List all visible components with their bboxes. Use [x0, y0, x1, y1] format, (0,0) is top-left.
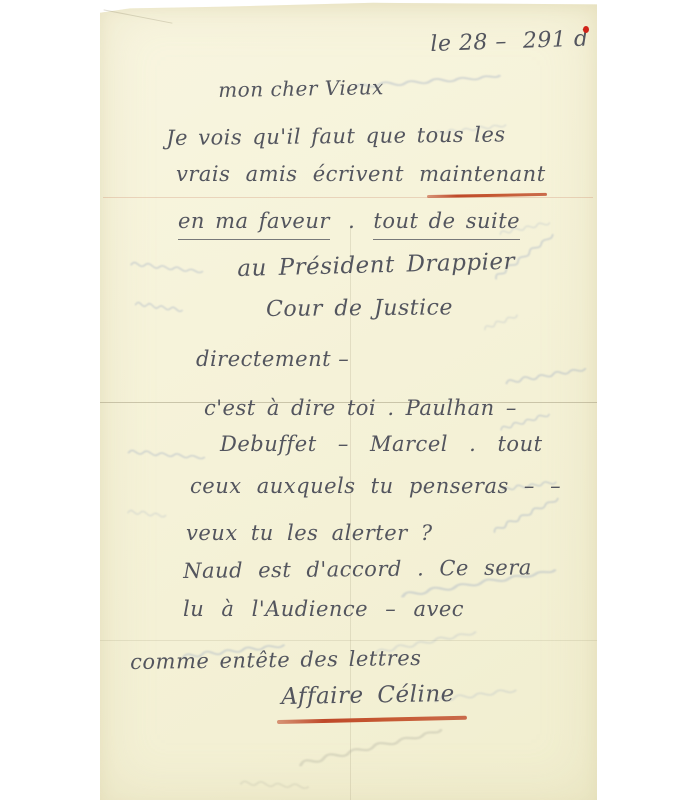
ink-underlined-phrase: en ma faveur	[178, 209, 330, 240]
red-underlined-word: maintenant	[419, 162, 546, 186]
fold-crease-horizontal	[103, 197, 593, 198]
letter-line: c'est à dire toi . Paulhan –	[204, 396, 517, 420]
fold-crease-horizontal	[100, 640, 597, 641]
letter-line: directement –	[196, 347, 349, 371]
signature-line: Affaire Céline	[281, 681, 455, 710]
letter-line: comme entête des lettres	[130, 646, 422, 674]
ink-underlined-phrase: tout de suite	[373, 209, 520, 240]
letter-line: Je vois qu'il faut que tous les	[166, 122, 506, 150]
letter-line: Naud est d'accord . Ce sera	[183, 555, 532, 583]
letter-line: vrais amis écrivent maintenant	[176, 162, 546, 186]
salutation: mon cher Vieux	[218, 75, 384, 102]
red-dot-mark	[583, 26, 589, 33]
letter-line: Debuffet – Marcel . tout	[220, 432, 543, 456]
letter-line: Cour de Justice	[266, 295, 453, 322]
date-annotation: le 28 –	[430, 29, 507, 57]
line-text: vrais amis écrivent	[176, 162, 419, 186]
line-text: .	[338, 209, 366, 233]
letter-line: lu à l'Audience – avec	[183, 597, 464, 621]
letter-line: en ma faveur . tout de suite	[178, 209, 520, 233]
letter-line: ceux auxquels tu penseras – –	[190, 474, 561, 498]
scan-background: le 28 –291 d mon cher Vieux Je vois qu'i…	[0, 0, 700, 800]
letter-line: veux tu les alerter ?	[186, 521, 433, 545]
catalog-number: 291 d	[522, 26, 588, 53]
